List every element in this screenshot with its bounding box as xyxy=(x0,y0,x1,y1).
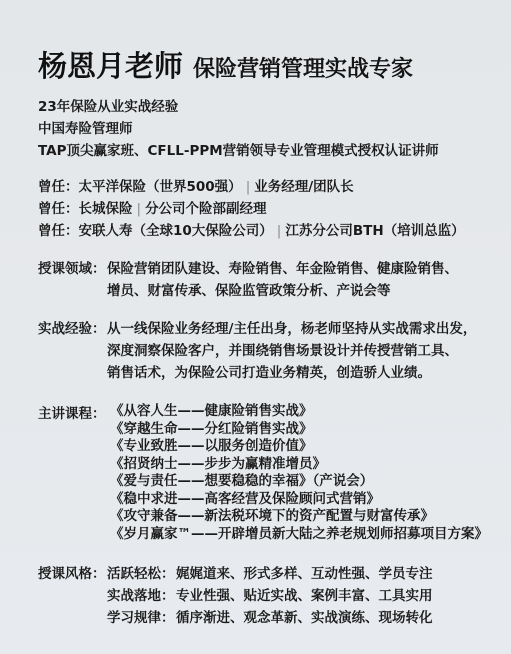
style-sub-text: 娓娓道来、形式多样、互动性强、学员专注 xyxy=(176,563,433,585)
experience-line: 深度洞察保险客户，并围绕销售场景设计并传授营销工具、 xyxy=(107,340,498,362)
teaching-style-item: 活跃轻松： 娓娓道来、形式多样、互动性强、学员专注 xyxy=(107,563,498,585)
instructor-title: 保险营销管理实战专家 xyxy=(193,52,413,83)
credential-item: 23年保险从业实战经验 xyxy=(38,96,498,118)
teaching-fields-line: 保险营销团队建设、寿险销售、年金险销售、健康险销售、 xyxy=(107,258,498,280)
course-item: 《岁月赢家™——开辟增员新大陆之养老规划师招募项目方案》 xyxy=(110,526,498,544)
course-item: 《招贤纳士——步步为赢精准增员》 xyxy=(110,456,498,474)
former-prefix: 曾任： xyxy=(38,179,79,195)
former-prefix: 曾任： xyxy=(38,201,79,217)
experience-line: 销售话术，为保险公司打造业务精英，创造骄人业绩。 xyxy=(107,362,498,384)
teaching-fields-line: 增员、财富传承、保险监管政策分析、产说会等 xyxy=(107,280,498,302)
style-sub-text: 循序渐进、观念革新、实战演练、现场转化 xyxy=(176,607,433,629)
style-sub-label: 学习规律： xyxy=(107,607,176,629)
style-sub-label: 实战落地： xyxy=(107,585,176,607)
style-sub-text: 专业性强、贴近实战、案例丰富、工具实用 xyxy=(176,585,433,607)
teaching-style-label: 授课风格： xyxy=(38,563,107,629)
teaching-fields-label: 授课领域： xyxy=(38,258,107,302)
title-row: 杨恩月老师 保险营销管理实战专家 xyxy=(38,44,498,82)
teaching-fields-section: 授课领域： 保险营销团队建设、寿险销售、年金险销售、健康险销售、 增员、财富传承… xyxy=(38,258,498,302)
former-company: 安联人寿（全球10大保险公司） xyxy=(79,223,273,239)
former-company: 长城保险 xyxy=(79,201,133,217)
former-position-item: 曾任：太平洋保险（世界500强）|业务经理/团队长 xyxy=(38,176,498,198)
former-positions: 曾任：太平洋保险（世界500强）|业务经理/团队长 曾任：长城保险|分公司个险部… xyxy=(38,176,498,242)
course-item: 《专业致胜——以服务创造价值》 xyxy=(110,438,498,456)
credentials-list: 23年保险从业实战经验 中国寿险管理师 TAP顶尖赢家班、CFLL-PPM营销领… xyxy=(38,96,498,162)
courses-list: 《从容人生——健康险销售实战》 《穿越生命——分红险销售实战》 《专业致胜——以… xyxy=(110,403,498,543)
course-item: 《攻守兼备——新法税环境下的资产配置与财富传承》 xyxy=(110,508,498,526)
teaching-style-body: 活跃轻松： 娓娓道来、形式多样、互动性强、学员专注 实战落地： 专业性强、贴近实… xyxy=(107,563,498,629)
courses-label: 主讲课程： xyxy=(38,403,110,543)
former-role: 分公司个险部副经理 xyxy=(145,201,267,217)
former-role: 业务经理/团队长 xyxy=(254,179,353,195)
former-position-item: 曾任：长城保险|分公司个险部副经理 xyxy=(38,198,498,220)
instructor-profile: 杨恩月老师 保险营销管理实战专家 23年保险从业实战经验 中国寿险管理师 TAP… xyxy=(38,44,498,629)
experience-line: 从一线保险业务经理/主任出身，杨老师坚持从实战需求出发， xyxy=(107,318,498,340)
teaching-style-section: 授课风格： 活跃轻松： 娓娓道来、形式多样、互动性强、学员专注 实战落地： 专业… xyxy=(38,563,498,629)
course-item: 《爱与责任——想要稳稳的幸福》（产说会） xyxy=(110,473,498,491)
course-item: 《从容人生——健康险销售实战》 xyxy=(110,403,498,421)
credential-item: TAP顶尖赢家班、CFLL-PPM营销领导专业管理模式授权认证讲师 xyxy=(38,140,498,162)
separator: | xyxy=(246,179,251,195)
credential-item: 中国寿险管理师 xyxy=(38,118,498,140)
course-item: 《穿越生命——分红险销售实战》 xyxy=(110,421,498,439)
separator: | xyxy=(277,223,282,239)
experience-label: 实战经验： xyxy=(38,318,107,384)
teaching-fields-body: 保险营销团队建设、寿险销售、年金险销售、健康险销售、 增员、财富传承、保险监管政… xyxy=(107,258,498,302)
experience-body: 从一线保险业务经理/主任出身，杨老师坚持从实战需求出发， 深度洞察保险客户，并围… xyxy=(107,318,498,384)
instructor-name: 杨恩月老师 xyxy=(38,44,183,85)
style-sub-label: 活跃轻松： xyxy=(107,563,176,585)
courses-section: 主讲课程： 《从容人生——健康险销售实战》 《穿越生命——分红险销售实战》 《专… xyxy=(38,403,498,543)
experience-section: 实战经验： 从一线保险业务经理/主任出身，杨老师坚持从实战需求出发， 深度洞察保… xyxy=(38,318,498,384)
former-prefix: 曾任： xyxy=(38,223,79,239)
separator: | xyxy=(137,201,142,217)
teaching-style-item: 实战落地： 专业性强、贴近实战、案例丰富、工具实用 xyxy=(107,585,498,607)
course-item: 《稳中求进——高客经营及保险顾问式营销》 xyxy=(110,491,498,509)
teaching-style-item: 学习规律： 循序渐进、观念革新、实战演练、现场转化 xyxy=(107,607,498,629)
former-position-item: 曾任：安联人寿（全球10大保险公司）|江苏分公司BTH（培训总监） xyxy=(38,220,498,242)
former-company: 太平洋保险（世界500强） xyxy=(79,179,242,195)
former-role: 江苏分公司BTH（培训总监） xyxy=(285,223,464,239)
